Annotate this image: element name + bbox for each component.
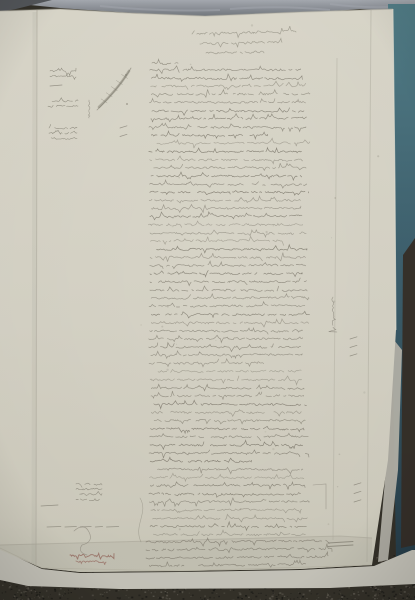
photo-of-manuscript bbox=[0, 0, 415, 600]
vignette-overlay bbox=[0, 0, 415, 600]
manuscript-photo-canvas bbox=[0, 0, 415, 600]
